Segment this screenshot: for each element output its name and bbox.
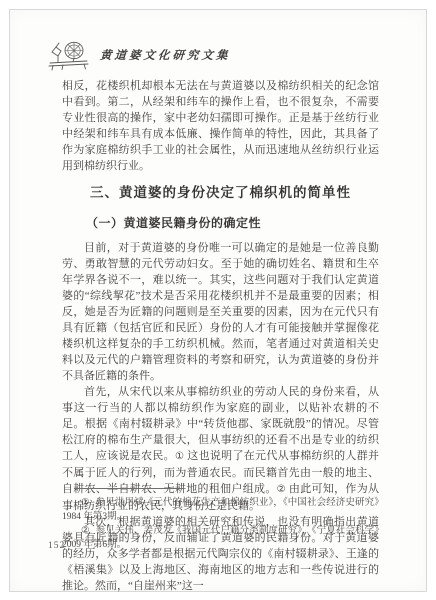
book-title: 黄道婆文化研究文集 <box>99 47 231 63</box>
page-header: 黄道婆文化研究文集 <box>47 38 231 72</box>
spinning-wheel-logo-icon <box>47 38 91 72</box>
footnote-marker: ② <box>81 526 90 536</box>
section-heading: 三、黄道婆的身份决定了棉织机的简单性 <box>62 185 379 201</box>
scanned-book-page: 黄道婆文化研究文集 相反，花楼织机却根本无法在与黄道婆以及棉纺织相关的纪念馆中看… <box>9 9 427 592</box>
paragraph-identity: 目前，对于黄道婆的身份唯一可以确定的是她是一位善良勤劳、勇敢智慧的元代劳动妇女。… <box>62 240 379 384</box>
footnote-marker: ① <box>81 498 90 508</box>
footnote-1: ①参见洪用斌《元代的棉花生产和棉纺织业》，《中国社会经济史研究》1984 年第3… <box>62 496 379 524</box>
footnote-area: ①参见洪用斌《元代的棉花生产和棉纺织业》，《中国社会经济史研究》1984 年第3… <box>62 488 379 552</box>
footnote-divider <box>74 488 184 489</box>
paragraph-continued: 相反，花楼织机却根本无法在与黄道婆以及棉纺织相关的纪念馆中看到。第二，从经架和纬… <box>62 78 379 174</box>
subsection-heading: （一）黄道婆民籍身份的确定性 <box>62 215 379 231</box>
page-number: 152 <box>48 541 65 551</box>
footnote-ref-1: ① <box>175 451 184 462</box>
footnote-text: 参见洪用斌《元代的棉花生产和棉纺织业》，《中国社会经济史研究》1984 年第3期… <box>62 498 379 522</box>
footnote-text: 参见关伟、姜茂发《我国元代户籍分类制度研究》，《宁夏社会科学》2009 年第6期… <box>62 526 379 550</box>
footnote-2: ②参见关伟、姜茂发《我国元代户籍分类制度研究》，《宁夏社会科学》2009 年第6… <box>62 524 379 552</box>
